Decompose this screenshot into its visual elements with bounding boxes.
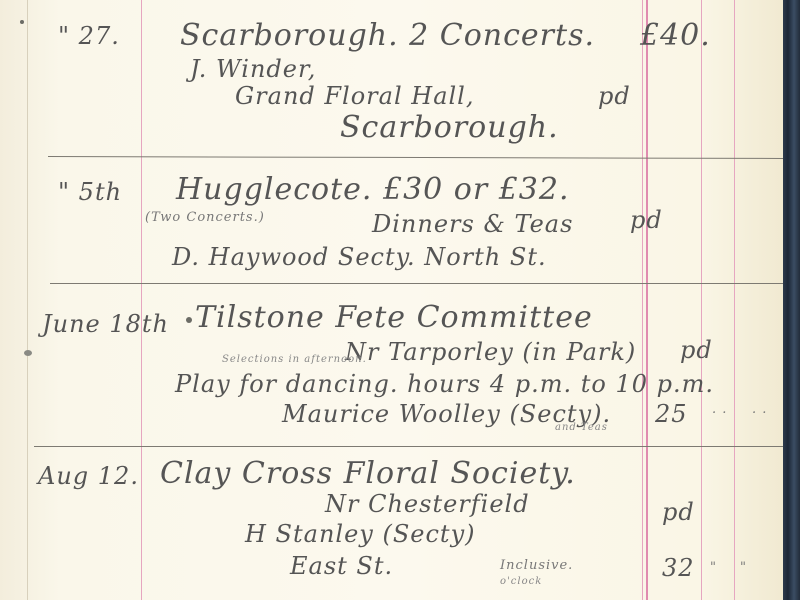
entry-note: o'clock xyxy=(500,576,542,587)
paid-mark: pd xyxy=(630,206,663,234)
entry-line: Hugglecote. £30 or £32. xyxy=(176,172,570,207)
ditto-mark: " xyxy=(710,560,717,575)
entry-note: Selections in afternoon. xyxy=(222,354,367,365)
entry-line: Dinners & Teas xyxy=(372,210,573,238)
entry-line: Play for dancing. hours 4 p.m. to 10 p.m… xyxy=(175,370,714,398)
ditto-mark: . . xyxy=(712,402,727,417)
entry-date: " 5th xyxy=(58,178,122,206)
entry-line: Tilstone Fete Committee xyxy=(195,300,593,335)
ink-blot xyxy=(186,317,192,323)
ink-blot xyxy=(20,20,24,24)
ditto-mark: " xyxy=(740,560,747,575)
entry-note: and Teas xyxy=(555,422,608,433)
amount-column-rule-4 xyxy=(734,0,735,600)
entry-line: Grand Floral Hall, xyxy=(235,82,474,110)
entry-date: Aug 12. xyxy=(38,462,139,490)
amount-column-rule-1 xyxy=(642,0,643,600)
entry-line: Clay Cross Floral Society. xyxy=(160,456,576,491)
margin-rule xyxy=(27,0,28,600)
entry-note: Inclusive. xyxy=(500,558,573,573)
entry-line: D. Haywood Secty. North St. xyxy=(172,243,547,271)
entry-date: June 18th xyxy=(42,310,169,338)
entry-line: Nr Tarporley (in Park) xyxy=(345,338,636,366)
amount-column-rule-3 xyxy=(701,0,702,600)
entry-line: Scarborough. 2 Concerts. xyxy=(180,18,595,53)
book-binding xyxy=(783,0,800,600)
ink-blot xyxy=(24,350,32,356)
entry-divider xyxy=(50,283,783,284)
paid-mark: pd xyxy=(680,336,713,364)
date-column-rule xyxy=(141,0,142,600)
entry-date: " 27. xyxy=(58,22,120,50)
entry-note: (Two Concerts.) xyxy=(145,210,265,225)
entry-line: East St. xyxy=(290,552,393,580)
entry-divider xyxy=(48,156,783,159)
entry-line: Nr Chesterfield xyxy=(325,490,530,518)
entry-divider xyxy=(34,446,783,447)
entry-fee: 25 xyxy=(655,400,688,428)
entry-fee: 32 xyxy=(662,554,695,582)
paid-mark: pd xyxy=(662,498,695,526)
entry-line: J. Winder, xyxy=(190,55,316,83)
ledger-page: " 27. Scarborough. 2 Concerts. J. Winder… xyxy=(0,0,800,600)
ditto-mark: . . xyxy=(752,402,767,417)
paid-mark: pd xyxy=(598,82,631,110)
entry-fee: £40. xyxy=(640,18,711,53)
amount-column-rule-2 xyxy=(646,0,648,600)
entry-line: Scarborough. xyxy=(340,110,559,145)
entry-line: H Stanley (Secty) xyxy=(245,520,476,548)
